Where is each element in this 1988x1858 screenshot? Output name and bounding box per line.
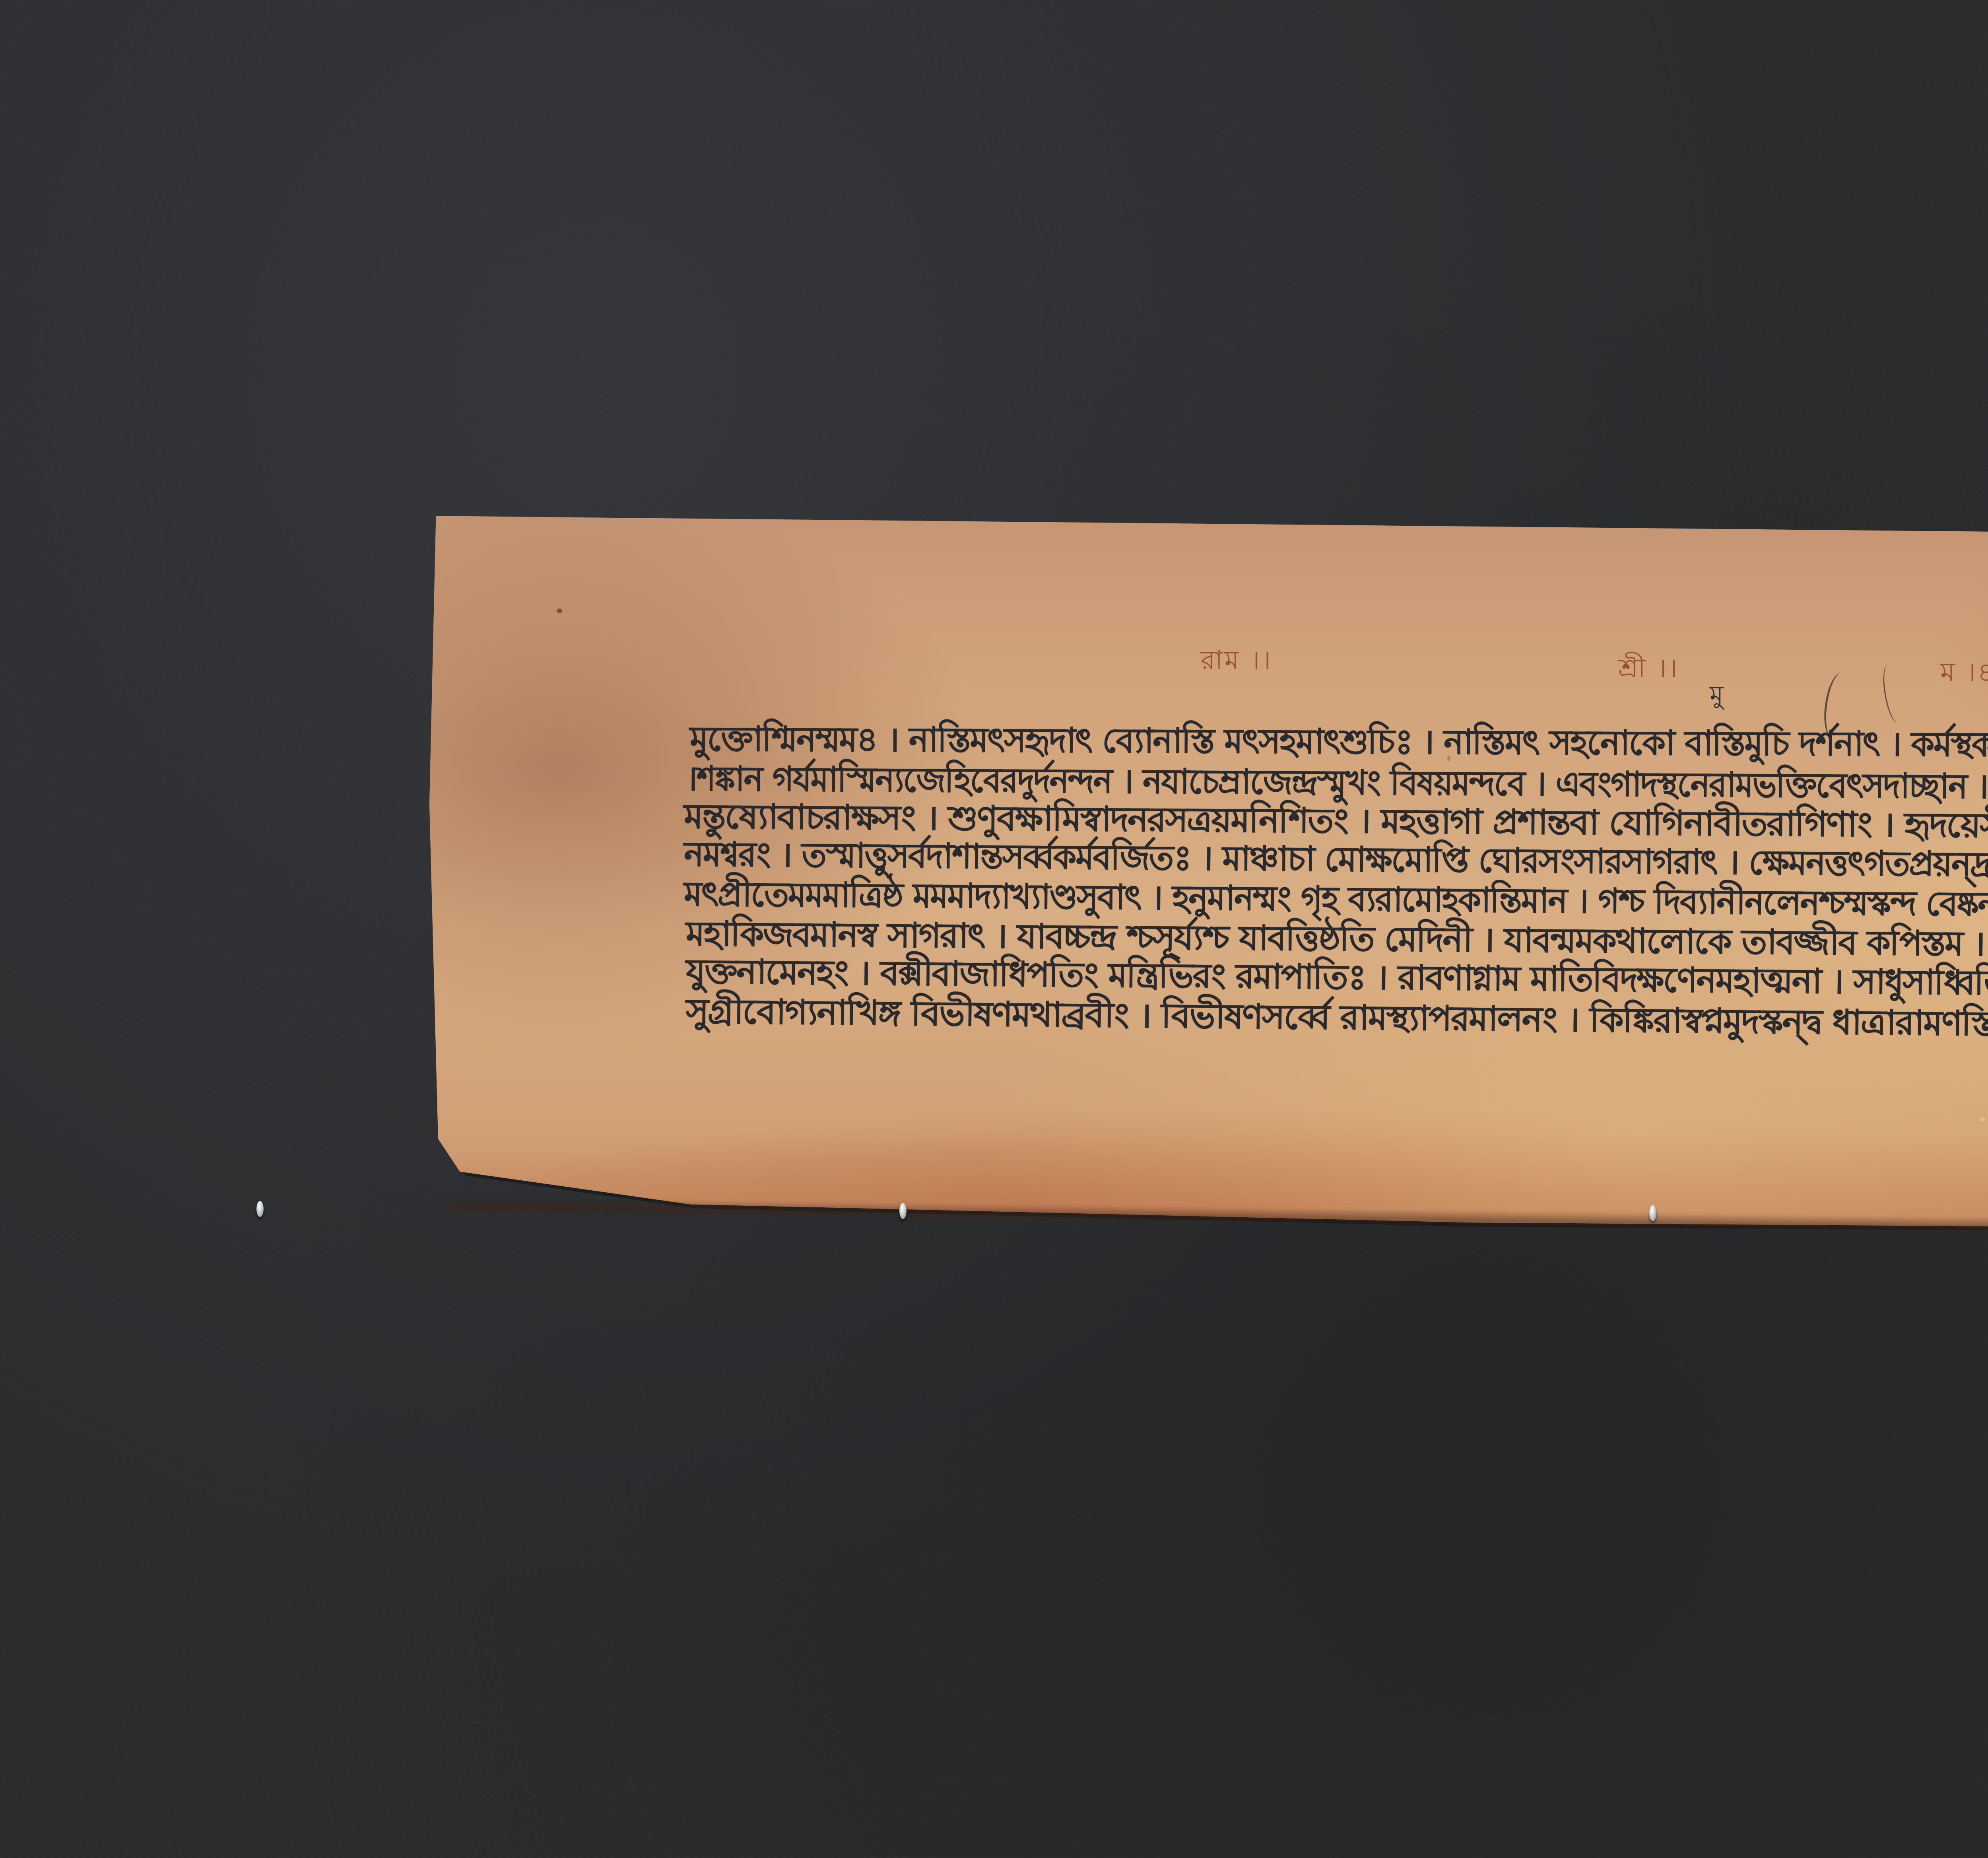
paper-speckle xyxy=(557,608,562,613)
marginalia-left: রাম ।। xyxy=(1201,640,1272,684)
paper-speckle xyxy=(1980,1118,1985,1121)
mounting-pin xyxy=(1649,1205,1656,1221)
marginalia-center: শ্রী ।। xyxy=(1618,648,1679,692)
mounting-pin xyxy=(256,1201,264,1217)
paper-speckle xyxy=(704,1249,708,1253)
mounting-pin xyxy=(899,1203,907,1219)
manuscript-mount: রাম ।। শ্রী ।। ম ।৪ মু ৮৩ মুক্তোশ্মিনম্ম… xyxy=(0,0,1988,1858)
text-line: মুক্তোশ্মিনম্মম৪ । নাস্তিমৎসহৃদাৎ ব্যোনা… xyxy=(690,722,1988,763)
insertion-mark: মু xyxy=(1710,676,1725,717)
marginalia-right: ম ।৪ xyxy=(1940,652,1988,696)
